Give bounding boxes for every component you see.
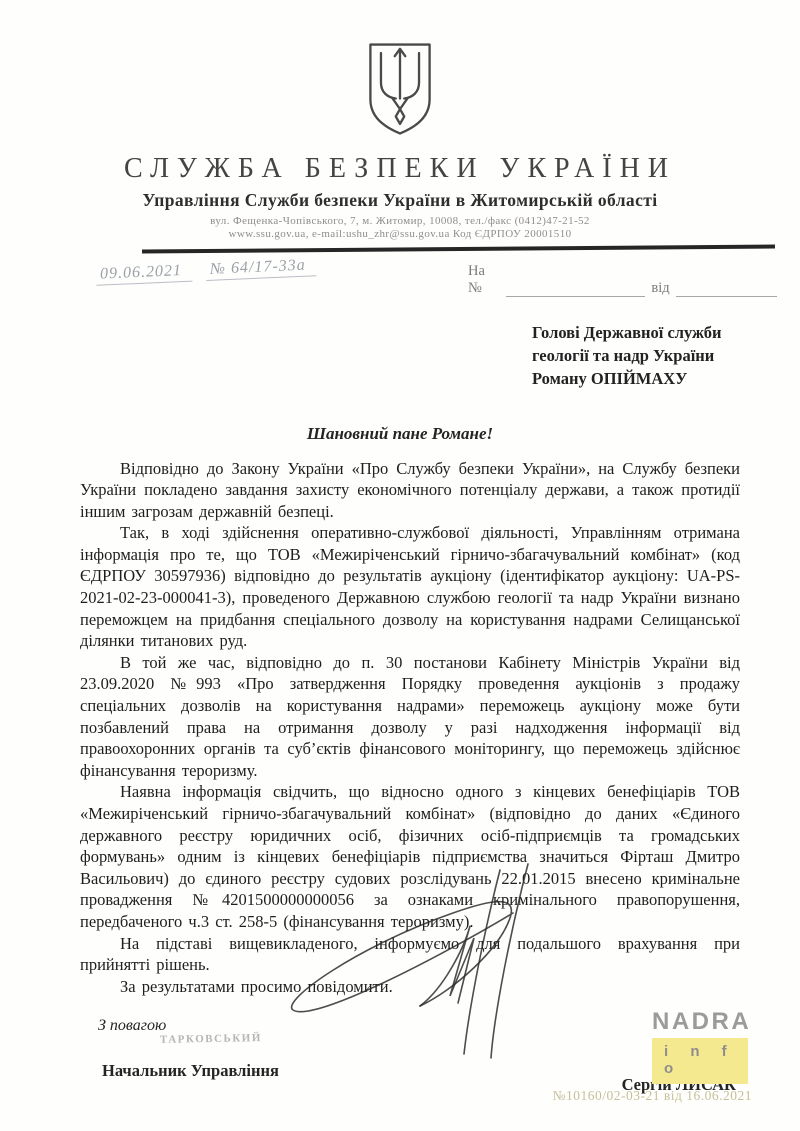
outgoing-number: № 64/17-33а <box>206 256 317 281</box>
org-address: вул. Фещенка-Чопівського, 7, м. Житомир,… <box>0 215 800 227</box>
trident-emblem-icon <box>363 40 437 143</box>
org-subtitle: Управління Служби безпеки України в Жито… <box>0 190 800 211</box>
salutation: Шановний пане Романе! <box>0 424 800 444</box>
paragraph: В той же час, відповідно до п. 30 постан… <box>80 652 740 782</box>
nadra-logo-box: i n f o <box>652 1038 748 1084</box>
paragraph: Так, в ході здійснення оперативно-службо… <box>80 522 740 652</box>
registration-stamp: №10160/02-03-21 від 16.06.2021 <box>553 1088 752 1104</box>
reply-number-label: На № <box>468 263 500 297</box>
nadra-logo-text: NADRA <box>652 1008 748 1036</box>
org-title: СЛУЖБА БЕЗПЕКИ УКРАЇНИ <box>0 153 800 185</box>
paragraph: На підставі вищевикладеного, інформуємо … <box>80 933 740 976</box>
reply-number-blank <box>506 280 645 297</box>
paragraph: Наявна інформація свідчить, що відносно … <box>80 781 740 932</box>
letterhead-divider <box>142 245 775 253</box>
paragraph: За результатами просимо повідомити. <box>80 976 740 998</box>
incoming-reference: На № від <box>468 263 777 297</box>
faded-name-stamp: ТАРКОВСЬКИЙ <box>160 1032 262 1046</box>
outgoing-date: 09.06.2021 <box>96 261 193 285</box>
org-contacts: www.ssu.gov.ua, e-mail:ushu_zhr@ssu.gov.… <box>0 228 800 240</box>
letterhead: СЛУЖБА БЕЗПЕКИ УКРАЇНИ Управління Служби… <box>0 0 800 251</box>
reference-row: 09.06.2021 № 64/17-33а На № від <box>88 257 760 297</box>
paragraph: Відповідно до Закону України «Про Службу… <box>80 458 740 523</box>
reply-date-blank <box>676 280 778 297</box>
scanned-letter-page: СЛУЖБА БЕЗПЕКИ УКРАЇНИ Управління Служби… <box>0 0 800 1131</box>
recipient-line: Роману ОПІЙМАХУ <box>532 367 800 390</box>
reply-date-label: від <box>651 280 669 297</box>
signer-position: Начальник Управління <box>102 1061 279 1081</box>
nadra-info-watermark: NADRA i n f o <box>652 1008 748 1084</box>
recipient-line: Голові Державної служби <box>532 321 800 344</box>
nadra-logo-subtext: i n f o <box>652 1038 748 1077</box>
handwritten-reference: 09.06.2021 № 64/17-33а <box>96 256 317 286</box>
recipient-block: Голові Державної служби геології та надр… <box>532 321 800 390</box>
letter-body: Відповідно до Закону України «Про Службу… <box>80 458 740 998</box>
recipient-line: геології та надр України <box>532 344 800 367</box>
